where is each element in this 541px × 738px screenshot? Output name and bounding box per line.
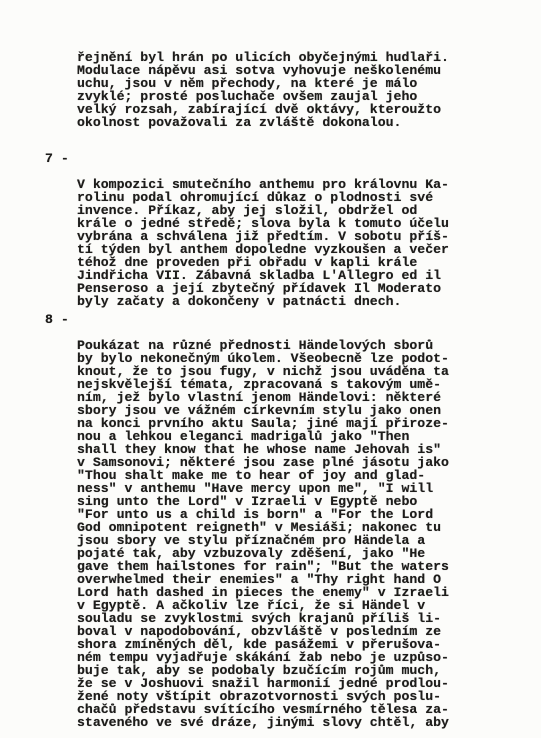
paragraph-intro: řejnění byl hrán po ulicích obyčejnými h…: [77, 38, 477, 129]
paragraph-8: 8 - Poukázat na různé přednosti Händelov…: [77, 313, 477, 729]
paragraph-text: Poukázat na různé přednosti Händelových …: [77, 338, 449, 730]
paragraph-number: 8 -: [45, 313, 69, 326]
document-page: řejnění byl hrán po ulicích obyčejnými h…: [0, 0, 541, 738]
paragraph-7: 7 - V kompozici smutečního anthemu pro k…: [77, 152, 477, 308]
paragraph-number: 7 -: [45, 152, 69, 165]
paragraph-text: řejnění byl hrán po ulicích obyčejnými h…: [77, 50, 449, 130]
paragraph-text: V kompozici smutečního anthemu pro králo…: [77, 177, 449, 309]
